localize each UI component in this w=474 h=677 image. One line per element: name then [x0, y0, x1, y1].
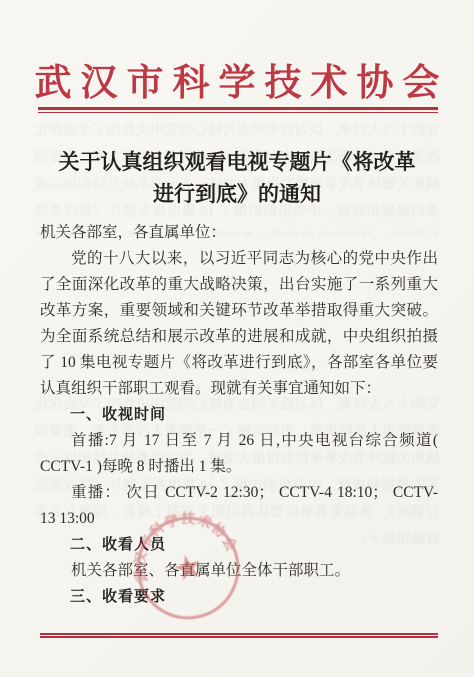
- salutation: 机关各部室，各直属单位：: [40, 220, 438, 246]
- footer-double-rule: [40, 633, 438, 638]
- scanned-notice-page: 党的十八大以来，以习近平同志为核心的党中央作出了全面深化改革的重大战略决策，出台…: [0, 0, 474, 677]
- document-title-line1: 关于认真组织观看电视专题片《将改革: [42, 146, 432, 178]
- section-heading-viewers: 二、收看人员: [40, 532, 438, 558]
- opening-paragraph: 党的十八大以来，以习近平同志为核心的党中央作出了全面深化改革的重大战略决策，出台…: [40, 246, 438, 402]
- document-title-line2: 进行到底》的通知: [42, 178, 432, 210]
- first-broadcast-paragraph: 首播:7 月 17 日至 7 月 26 日,中央电视台综合频道( CCTV-1 …: [40, 428, 438, 480]
- section-heading-requirements: 三、收看要求: [40, 584, 438, 610]
- masthead-title: 武汉市科学技术协会: [0, 52, 474, 106]
- section-heading-viewing-time: 一、收视时间: [40, 402, 438, 428]
- masthead-double-rule: [38, 107, 438, 114]
- viewers-paragraph: 机关各部室、各直属单位全体干部职工。: [40, 558, 438, 584]
- document-title: 关于认真组织观看电视专题片《将改革 进行到底》的通知: [42, 146, 432, 210]
- rebroadcast-paragraph: 重播： 次日 CCTV-2 12:30； CCTV-4 18:10； CCTV-…: [40, 480, 438, 532]
- document-body: 机关各部室，各直属单位： 党的十八大以来，以习近平同志为核心的党中央作出了全面深…: [40, 220, 438, 610]
